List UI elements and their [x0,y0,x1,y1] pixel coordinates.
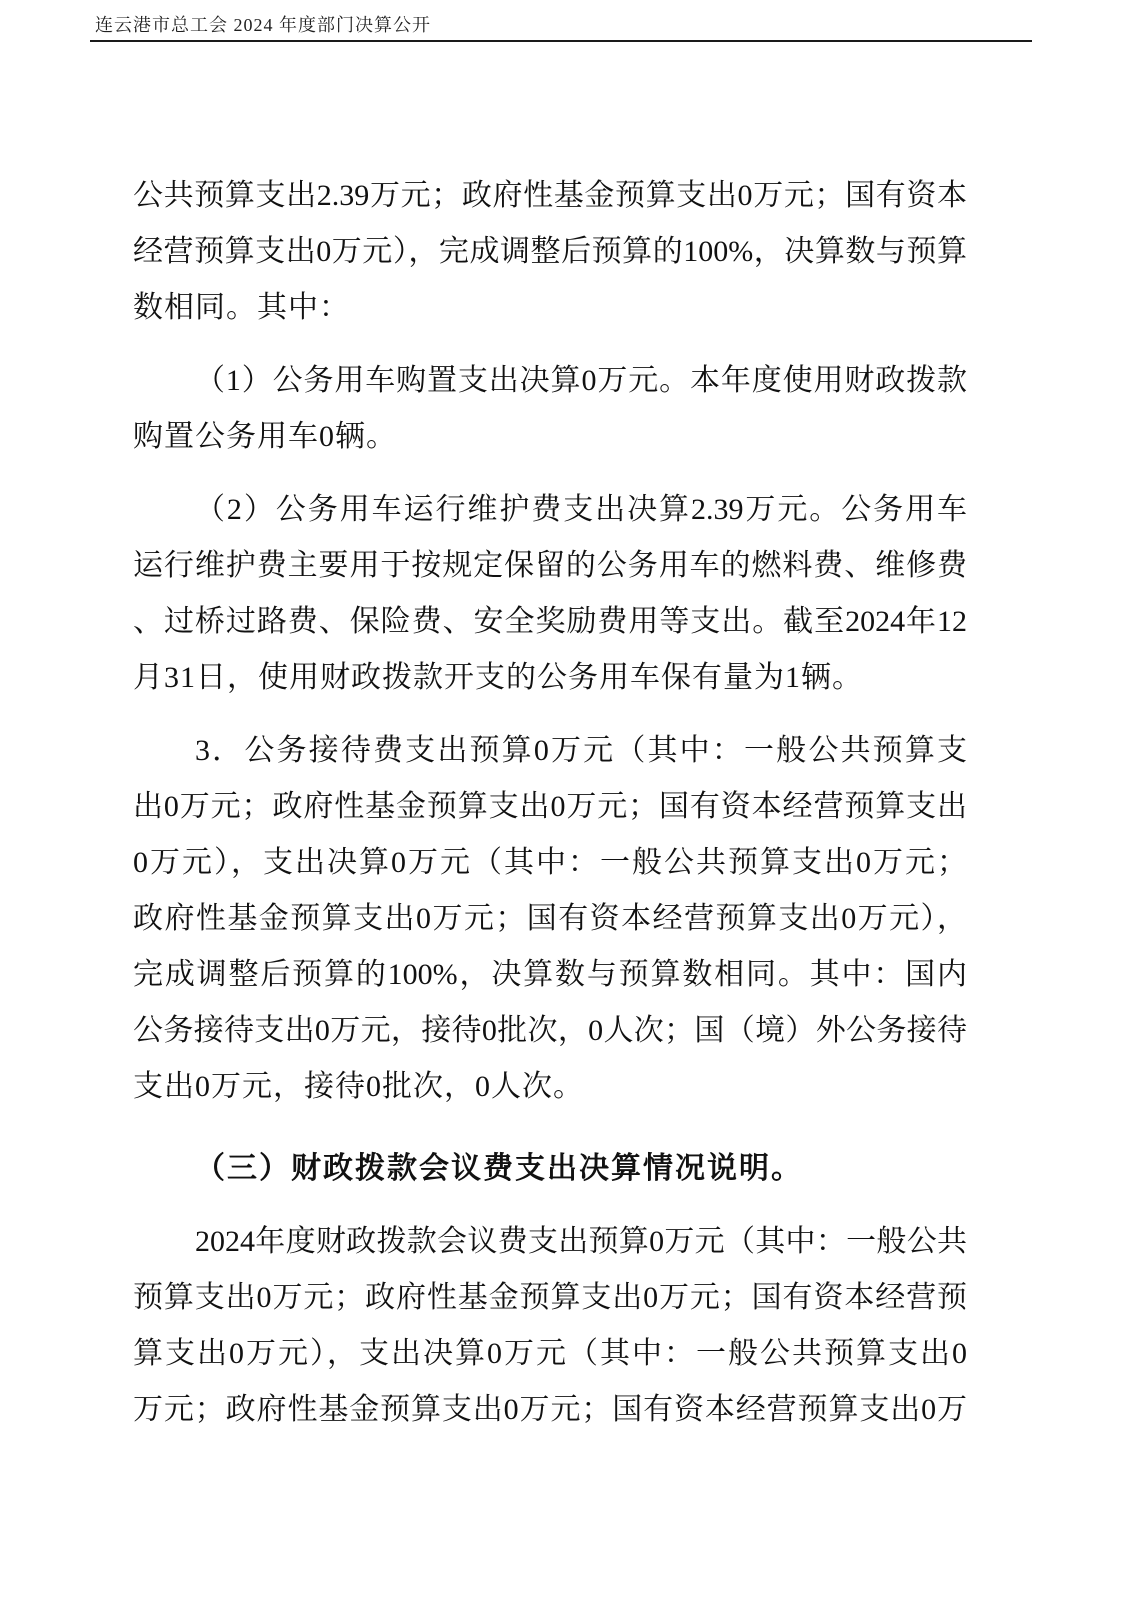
text-line: （1）公务用车购置支出决算0万元。本年度使用财政拨款 [133,353,967,409]
text-line: 运行维护费主要用于按规定保留的公务用车的燃料费、维修费 [133,538,967,594]
document-body: 公共预算支出2.39万元；政府性基金预算支出0万元；国有资本经营预算支出0万元）… [133,168,967,1438]
document-page: 连云港市总工会 2024 年度部门决算公开 公共预算支出2.39万元；政府性基金… [0,0,1131,1600]
text-line: 出0万元；政府性基金预算支出0万元；国有资本经营预算支出 [133,779,967,835]
text-line: 完成调整后预算的100%，决算数与预算数相同。其中：国内 [133,947,967,1003]
text-line: 数相同。其中： [133,280,967,336]
text-line: 政府性基金预算支出0万元；国有资本经营预算支出0万元）， [133,891,967,947]
text-line: 3．公务接待费支出预算0万元（其中：一般公共预算支 [133,723,967,779]
text-line: 月31日，使用财政拨款开支的公务用车保有量为1辆。 [133,650,967,706]
text-line: 0万元），支出决算0万元（其中：一般公共预算支出0万元； [133,835,967,891]
text-line: 2024年度财政拨款会议费支出预算0万元（其中：一般公共 [133,1214,967,1270]
text-line: 预算支出0万元；政府性基金预算支出0万元；国有资本经营预 [133,1270,967,1326]
page-header: 连云港市总工会 2024 年度部门决算公开 [90,14,1032,42]
section-heading: （三）财政拨款会议费支出决算情况说明。 [133,1141,967,1197]
text-line: 购置公务用车0辆。 [133,409,967,465]
text-line: 、过桥过路费、保险费、安全奖励费用等支出。截至2024年12 [133,594,967,650]
text-line: （2）公务用车运行维护费支出决算2.39万元。公务用车 [133,482,967,538]
text-line: 经营预算支出0万元），完成调整后预算的100%，决算数与预算 [133,224,967,280]
page-header-title: 连云港市总工会 2024 年度部门决算公开 [90,14,431,36]
text-line: 公务接待支出0万元，接待0批次，0人次；国（境）外公务接待 [133,1003,967,1059]
text-line: 万元；政府性基金预算支出0万元；国有资本经营预算支出0万 [133,1382,967,1438]
text-line: 公共预算支出2.39万元；政府性基金预算支出0万元；国有资本 [133,168,967,224]
text-line: 支出0万元，接待0批次，0人次。 [133,1059,967,1115]
text-line: 算支出0万元），支出决算0万元（其中：一般公共预算支出0 [133,1326,967,1382]
